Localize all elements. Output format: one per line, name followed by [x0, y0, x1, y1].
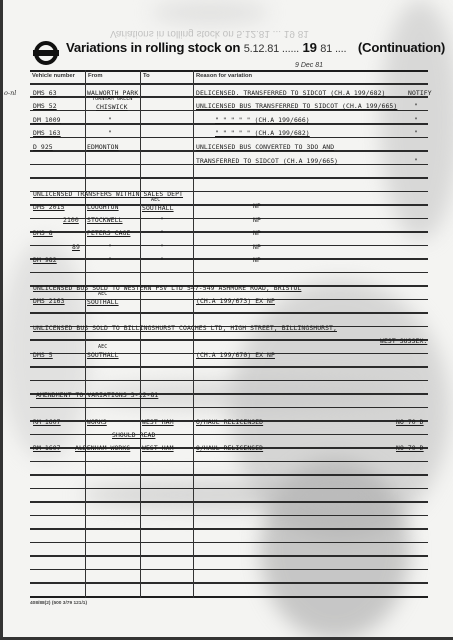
- entry-reason: NP: [253, 256, 261, 264]
- entry-reason: NP: [253, 202, 261, 210]
- entry-vehicle: DMS 163: [33, 129, 61, 137]
- entry-reason: (Ch.A 199/670) Ex NP: [196, 351, 275, 359]
- rule: [30, 474, 428, 476]
- rule: [30, 488, 428, 490]
- entry-vehicle: RM 1607: [33, 444, 61, 452]
- entry-from: Chiswick: [96, 103, 128, 111]
- title-continuation: (Continuation): [358, 40, 445, 55]
- entry-vehicle: DMS 52: [33, 102, 57, 110]
- entry-from: Southall: [87, 298, 119, 306]
- rule: [30, 380, 428, 382]
- entry-vehicle: 2100: [63, 216, 79, 224]
- rule: [30, 245, 428, 247]
- entry-vehicle: DMS 5: [33, 351, 53, 359]
- column-header-from: From: [88, 73, 103, 79]
- entry-to: ": [160, 256, 164, 264]
- rule: [30, 177, 428, 179]
- entry-vehicle: DM 982: [33, 256, 57, 264]
- form-footer-code: 408/88(2) (500 3/79 121/1): [30, 601, 87, 606]
- scanned-form-page: Variations in rolling stock on 5.12.81 .…: [0, 0, 453, 640]
- entry-reason: " " " " " (Ch.A 199/666): [215, 116, 310, 124]
- entry-from: Works: [87, 418, 107, 426]
- entry-from: ": [108, 256, 112, 264]
- entry-heading: Unlicensed bus sold to Western PSV Ltd 5…: [33, 284, 301, 292]
- entry-to: ": [160, 243, 164, 251]
- rule: [30, 501, 428, 503]
- scan-smudge: [150, 0, 270, 25]
- entry-note: West Sussex.: [380, 337, 427, 345]
- entry-reason: Delicensed. Transferred to Sidcot (Ch.A …: [196, 89, 385, 97]
- entry-reason: (Ch.A 199/673) Ex NP: [196, 297, 275, 305]
- margin-note: o-nl: [4, 89, 16, 97]
- column-divider: [140, 70, 141, 598]
- entry-reason: O/haul Relicensed: [196, 418, 263, 426]
- rule: [30, 70, 428, 72]
- entry-from: Loughton: [87, 203, 119, 211]
- rule: [30, 582, 428, 584]
- rule: [30, 272, 428, 274]
- entry-reason: NP: [253, 243, 261, 251]
- rule: [30, 596, 428, 598]
- entry-vehicle: DMS 8: [33, 229, 53, 237]
- entry-note: No 70 D: [396, 418, 424, 426]
- rule: [30, 312, 428, 314]
- entry-note: ": [414, 102, 418, 110]
- entry-heading: Amendment to variations 3-12-81: [36, 391, 158, 399]
- scan-edge: [0, 0, 3, 640]
- form-title: Variations in rolling stock on 5.12.81 .…: [66, 40, 445, 55]
- entry-reason: NP: [253, 229, 261, 237]
- entry-vehicle: DMS 2015: [33, 203, 65, 211]
- entry-note: Notify: [408, 89, 432, 97]
- entry-reason: Unlicensed bus converted to 3DO and: [196, 143, 334, 151]
- entry-to: West Ham: [142, 418, 174, 426]
- entry-heading: Unlicensed bus sold to Billingshurst Coa…: [33, 324, 337, 332]
- column-header-vehicle-number: Vehicle number: [32, 73, 75, 79]
- rule: [30, 407, 428, 409]
- column-divider: [193, 70, 194, 598]
- entry-to: Southall: [142, 204, 174, 212]
- entry-note: ": [414, 157, 418, 165]
- entry-reason: transferred to Sidcot (Ch.A 199/665): [196, 157, 338, 165]
- rule: [30, 555, 428, 557]
- entry-from: ": [108, 243, 112, 251]
- entry-vehicle: D 925: [33, 143, 53, 151]
- entry-from-note: AEC: [98, 344, 107, 350]
- rule: [30, 515, 428, 517]
- title-year-fill: 81 ....: [320, 43, 346, 55]
- entry-correction-label: Should read: [112, 431, 155, 439]
- rule: [30, 258, 428, 260]
- entry-from: ": [108, 129, 112, 137]
- date-stamp: 9 Dec 81: [295, 62, 323, 69]
- entry-to-note: AEC: [151, 197, 160, 203]
- entry-from: Aldenham Works: [75, 444, 130, 452]
- rule: [30, 569, 428, 571]
- rule: [30, 83, 428, 85]
- entry-from: Stockwell: [87, 216, 123, 224]
- entry-note: ": [414, 116, 418, 124]
- rule: [30, 434, 428, 436]
- entry-to: ": [160, 229, 164, 237]
- entry-vehicle: DM 1009: [33, 116, 61, 124]
- rule: [30, 528, 428, 530]
- entry-to: West Ham: [142, 444, 174, 452]
- entry-from: Edmonton: [87, 143, 119, 151]
- entry-from: Peters Cage: [87, 229, 130, 237]
- entry-from-note: Turnham Green: [92, 96, 132, 102]
- entry-note: ": [414, 129, 418, 137]
- entry-reason: O/haul Relicensed: [196, 444, 263, 452]
- entry-vehicle: DMS 2163: [33, 297, 65, 305]
- bleed-through-text: Variations in rolling stock on 5.12.81 .…: [110, 28, 309, 39]
- entry-reason: NP: [253, 216, 261, 224]
- title-prefix: Variations in rolling stock on: [66, 40, 240, 55]
- entry-heading: Unlicensed transfers within sales dept: [33, 190, 183, 198]
- title-year-label: 19: [303, 40, 317, 55]
- rule: [30, 366, 428, 368]
- entry-from: ": [108, 116, 112, 124]
- entry-vehicle: DMS 63: [33, 89, 57, 97]
- title-date-fill: 5.12.81 ......: [244, 43, 299, 55]
- entry-from: Southall: [87, 351, 119, 359]
- entry-reason: " " " " " (Ch.A 199/682): [215, 129, 310, 137]
- london-transport-roundel-icon: [33, 40, 59, 66]
- entry-from-note: AEC: [98, 291, 107, 297]
- entry-to: ": [160, 216, 164, 224]
- rule: [30, 461, 428, 463]
- entry-note: No 70 D: [396, 444, 424, 452]
- column-header-reason: Reason for variation: [196, 73, 252, 79]
- rule: [30, 339, 428, 341]
- column-header-to: To: [143, 73, 150, 79]
- rule: [30, 542, 428, 544]
- entry-vehicle: RM 1607: [33, 418, 61, 426]
- entry-vehicle: 89: [72, 243, 80, 251]
- entry-reason: Unlicensed bus transferred to Sidcot (Ch…: [196, 102, 397, 110]
